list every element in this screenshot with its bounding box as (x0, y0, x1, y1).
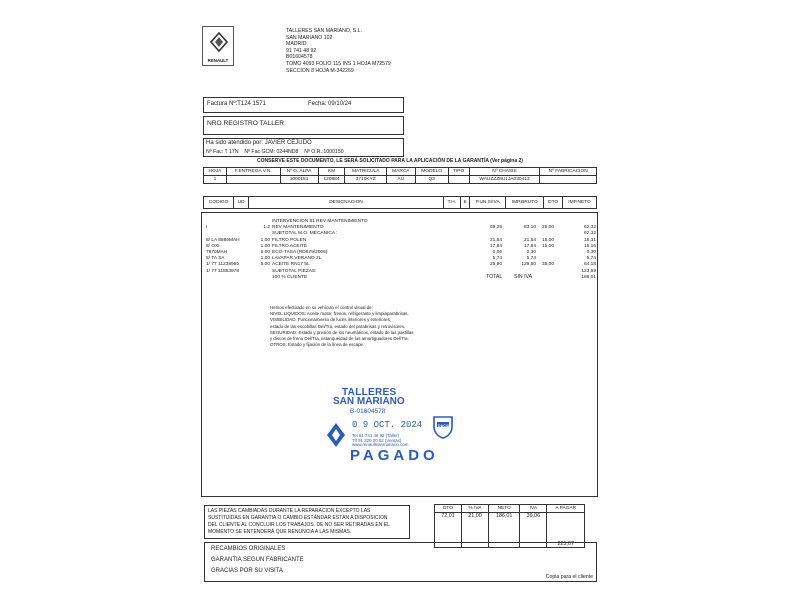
line-dto: 35,00 (530, 262, 554, 269)
attended-by: JAVIER CEJUDO (265, 140, 312, 146)
registry-box: NRO.REGISTRO TALLER: (203, 116, 404, 135)
legal-line: MOMENTO SE ENTENDERÁ QUE RENUNCIA A LAS … (208, 529, 390, 536)
vehicle-header-cell: KM (318, 168, 345, 176)
lines-header: CODIGOUDDESIGNACIONT.H.€P.UN S/IVAIMP.BR… (203, 196, 597, 209)
stamp-line2: SAN MARIANO (333, 396, 405, 407)
lines-header-cell: DTO (544, 197, 563, 209)
vehicle-value-cell: 1 (204, 176, 227, 184)
copy-label: Copia para el cliente (546, 574, 593, 581)
lines-header-cell: IMP.BRUTO (506, 197, 544, 209)
footer-line: RECAMBIOS ORIGINALES (211, 546, 285, 553)
fac-label: Nº Fac: T (206, 149, 228, 155)
registry-label: NRO.REGISTRO TALLER: (207, 120, 286, 128)
vehicle-values-row: 110001511208843710KYZAUQ3WAUZZZ8U1JA0304… (204, 176, 597, 184)
fac-value: 17N (229, 149, 239, 155)
stamp-date: 0 9 OCT. 2024 (352, 420, 422, 430)
date-label: Fecha: (308, 101, 326, 107)
attended-label: Ha sido atendido por: (206, 140, 263, 146)
vehicle-value-cell (226, 176, 280, 184)
vehicle-value-cell (540, 176, 597, 184)
company-info: TALLERES SAN MARIANO, S.L. SAN MARIANO 1… (286, 28, 391, 74)
inspection-line: estado de las escobillas Del/Tra, estado… (270, 324, 414, 330)
line-neto: 186,01 (568, 275, 596, 282)
legal-line: LAS PIEZAS CAMBIADAS DURANTE LA REPARACI… (208, 508, 390, 515)
line-desc: 100 % CLIENTE (272, 275, 307, 282)
legal-line: DEL CLIENTE AL CONCLUIR LOS TRABAJOS. DE… (208, 522, 390, 529)
stamp-cif: B-01604578 (350, 408, 385, 415)
lines-header-cell: CODIGO (204, 197, 234, 209)
company-line: B01604578 (286, 54, 391, 61)
company-line: 91 741 48 92 (286, 48, 391, 55)
warranty-notice: CONSERVE ESTE DOCUMENTO, LE SERÁ SOLICIT… (200, 158, 580, 164)
attended-box: Ha sido atendido por: JAVIER CEJUDO Nº F… (203, 138, 404, 157)
footer-line: GARANTIA SEGUN FABRICANTE (211, 557, 304, 564)
line-ud: 1.2 (256, 225, 270, 232)
footer-box: RECAMBIOS ORIGINALES GARANTIA SEGUN FABR… (204, 542, 597, 582)
vehicle-value-cell: AU (387, 176, 416, 184)
logo-label: RENAULT (203, 58, 233, 63)
vehicle-header-cell: MARCA (387, 168, 416, 176)
vehicle-value-cell: 1000151 (280, 176, 318, 184)
paid-stamp: TALLERES SAN MARIANO B-01604578 0 9 OCT.… (320, 384, 470, 474)
line-code: I (206, 225, 207, 232)
invoice-number-label: Factura Nº: (207, 101, 237, 107)
vehicle-value-cell: 120884 (318, 176, 345, 184)
lines-header-cell: € (460, 197, 469, 209)
invoice-date: 09/10/24 (328, 101, 351, 107)
invoice-number: T124 1571 (237, 101, 266, 107)
vehicle-header-cell: Nº FABRICACION (540, 168, 597, 176)
summary-header: A PAGAR (547, 505, 585, 513)
summary-header: IVA (520, 505, 547, 513)
vehicle-table: HOJAF.ENTREGA V.N.Nº O. ALPAKMMATRICULAM… (203, 167, 597, 184)
renault-stamp-icon (326, 422, 346, 448)
vehicle-header-cell: F.ENTREGA V.N. (226, 168, 280, 176)
vehicle-header-cell: Nº O. ALPA (280, 168, 318, 176)
company-line: TOMO 4093 FOLIO 115 INS 1 HOJA M72579 (286, 61, 391, 68)
total-label: TOTAL (486, 274, 502, 281)
dacia-label: DACIA (438, 424, 449, 428)
inspection-text: Hemos efectuado en su vehículo el contro… (270, 305, 414, 348)
invoice-number-box: Factura Nº:T124 1571 Fecha: 09/10/24 (203, 97, 404, 113)
vehicle-header-row: HOJAF.ENTREGA V.N.Nº O. ALPAKMMATRICULAM… (204, 168, 597, 176)
or-label: Nº O.R.: (304, 149, 323, 155)
vehicle-value-cell: WAUZZZ8U1JA030413 (469, 176, 540, 184)
lines-header-cell: UD (234, 197, 249, 209)
company-line: MADRID (286, 41, 391, 48)
line-code: 1/ 77 11853978 (206, 269, 239, 276)
company-line: TALLERES SAN MARIANO, S.L. (286, 28, 391, 35)
renault-logo: RENAULT (202, 26, 234, 66)
vehicle-value-cell (448, 176, 469, 184)
summary-header: NETO (489, 505, 520, 513)
company-line: SECCION 8 HOJA M-342269 (286, 68, 391, 75)
footer-line: GRACIAS POR SU VISITA (211, 568, 283, 575)
vehicle-header-cell: MODELO (415, 168, 448, 176)
summary-header: % IVA (462, 505, 489, 513)
inspection-line: OTROS: Estado y fijación de la línea de … (270, 342, 414, 348)
legal-notice-box: LAS PIEZAS CAMBIADAS DURANTE LA REPARACI… (204, 505, 410, 539)
lines-header-cell: DESIGNACION (248, 197, 443, 209)
renault-diamond-icon (210, 32, 228, 52)
fac-gcm-value: 0244ND8 (277, 149, 299, 155)
invoice-page: RENAULT TALLERES SAN MARIANO, S.L. SAN M… (0, 0, 800, 600)
vehicle-header-cell: Nº CHASIS (469, 168, 540, 176)
vehicle-header-cell: TIPO (448, 168, 469, 176)
company-line: SAN MARIANO 102 (286, 35, 391, 42)
lines-header-cell: IMP.NETO (562, 197, 596, 209)
lines-header-cell: T.H. (443, 197, 460, 209)
vehicle-header-cell: MATRICULA (345, 168, 387, 176)
vehicle-value-cell: 3710KYZ (345, 176, 387, 184)
vehicle-header-cell: HOJA (204, 168, 227, 176)
summary-header: DTO (435, 505, 462, 513)
lines-header-cell: P.UN S/IVA (470, 197, 506, 209)
stamp-paid: PAGADO (350, 447, 439, 464)
line-pun: 25,90 (476, 262, 502, 269)
or-value: 1000150 (323, 149, 343, 155)
siniva-label: SIN IVA (514, 274, 532, 281)
legal-line: SUSTITUIDAS EN GARANTIA O CAMBIO ESTÁNDA… (208, 515, 390, 522)
vehicle-value-cell: Q3 (415, 176, 448, 184)
line-dto: 25,00 (530, 225, 554, 232)
fac-gcm-label: Nº Fac GCM: (244, 149, 275, 155)
line-pun: 69,25 (476, 225, 502, 232)
line-ud: 5.00 (256, 262, 270, 269)
